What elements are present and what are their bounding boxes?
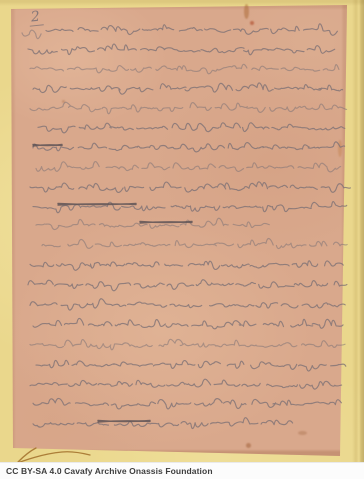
attribution-text: CC BY-SA 4.0 Cavafy Archive Onassis Foun…	[0, 466, 213, 476]
photo-background: { "page_number": "2", "attribution": "CC…	[0, 0, 364, 479]
page-number: 2	[28, 9, 44, 26]
manuscript-sheet	[11, 5, 347, 456]
attribution-bar: CC BY-SA 4.0 Cavafy Archive Onassis Foun…	[0, 462, 364, 479]
